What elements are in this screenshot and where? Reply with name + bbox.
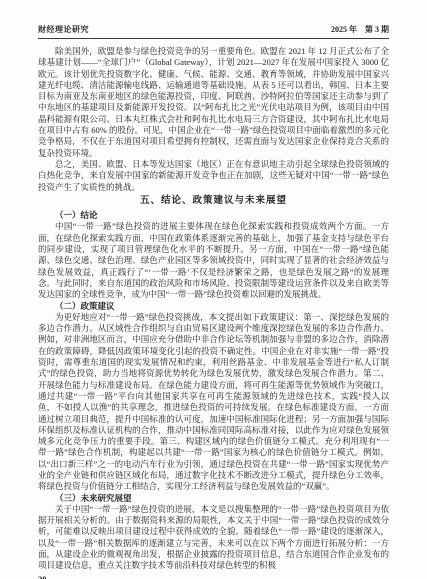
section-title-conclusion: 五、结论、政策建议与未来展望	[38, 196, 389, 207]
issue-info: 2025 年 第 3 期	[331, 25, 389, 35]
paragraph-summary-challenge: 总之，美国、欧盟、日本等发达国家（地区）正在有意识地主动引起全球绿色投资领域的白…	[38, 159, 389, 193]
subsection-title-conclusion: （一）结论	[38, 210, 389, 221]
header-divider	[38, 38, 389, 39]
paragraph-competition-eu: 除美国外，欧盟是参与绿色投资竞争的另一重要角色。欧盟在 2021 年 12 月正…	[38, 46, 389, 159]
subsection-title-policy: （二）政策建议	[38, 301, 389, 312]
paragraph-policy: 为更好地应对“一带一路”绿色投资挑战，本文提出如下政策建议：第一、深挖绿色发展的…	[38, 312, 389, 493]
page-number: 20	[38, 574, 389, 579]
paragraph-conclusion: 中国“一带一路”绿色投资的进展主要体现在绿色化探索实践和投资成效两个方面。一方面…	[38, 221, 389, 300]
paragraph-future: 关于中国“一带一路”绿色投资的进展，本文是以搜集整理的“一带一路”绿色投资项目为…	[38, 504, 389, 572]
subsection-title-future: （三）未来研究展望	[38, 493, 389, 504]
page-header: 财经理论研究 2025 年 第 3 期	[38, 0, 389, 35]
journal-title: 财经理论研究	[38, 25, 89, 35]
journal-page: 财经理论研究 2025 年 第 3 期 除美国外，欧盟是参与绿色投资竞争的另一重…	[0, 0, 427, 579]
article-body: 除美国外，欧盟是参与绿色投资竞争的另一重要角色。欧盟在 2021 年 12 月正…	[38, 46, 389, 579]
